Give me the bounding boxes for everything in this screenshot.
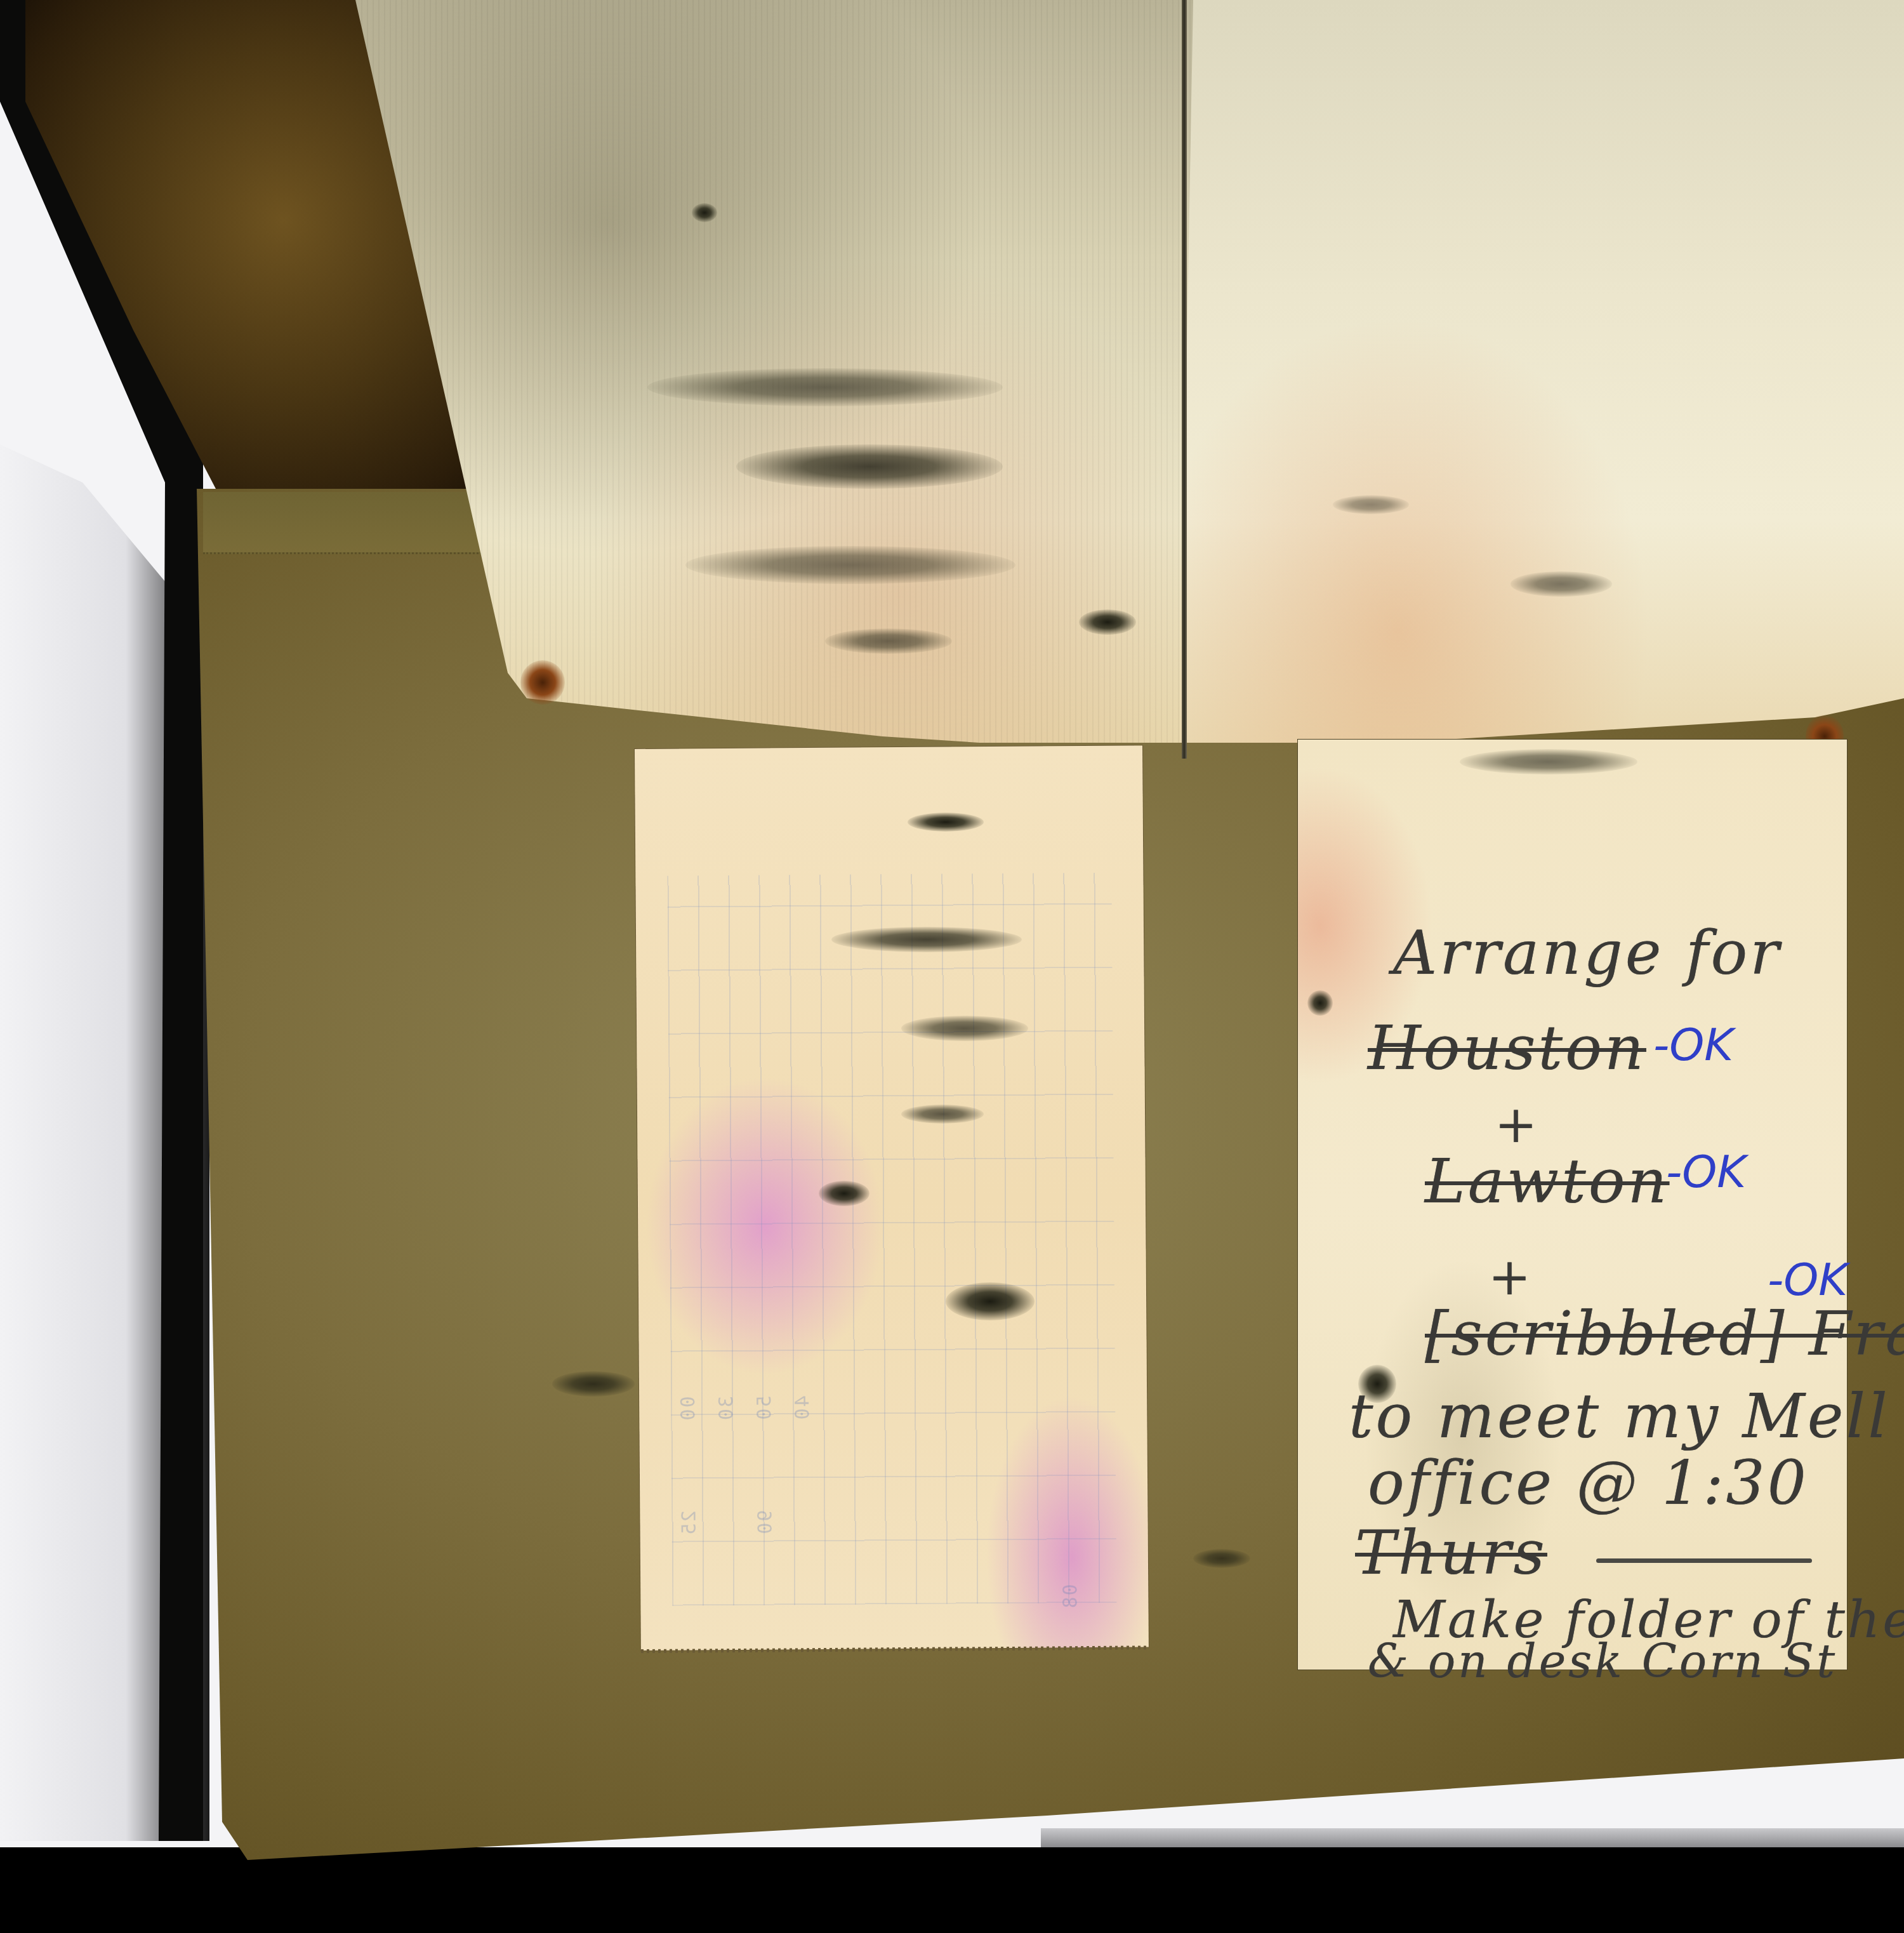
mold-spot xyxy=(552,1371,635,1397)
handwritten-note: Arrange for Houston -OK + Lawton -OK + [… xyxy=(1298,740,1847,1670)
rust-stain xyxy=(520,660,565,705)
upper-page-right xyxy=(1180,0,1904,743)
page-fold-line xyxy=(1182,0,1187,759)
note-line: office @ 1:30 xyxy=(1368,1447,1809,1518)
receipt-slip: 00 30 50 40 25 90 08 xyxy=(635,745,1149,1651)
mold-spot xyxy=(1511,571,1612,597)
ledger-grid xyxy=(667,873,1116,1606)
mold-spot xyxy=(901,1016,1028,1041)
folder-bottom-edge xyxy=(1041,1828,1904,1847)
ok-annotation: -OK xyxy=(1666,1146,1746,1198)
note-line-struck: Houston xyxy=(1368,1013,1646,1084)
note-line: & on desk Corn St xyxy=(1368,1635,1837,1688)
mold-spot xyxy=(819,1181,869,1206)
mold-spot xyxy=(736,444,1003,489)
note-line-struck: Lawton xyxy=(1425,1146,1669,1217)
mold-spot xyxy=(647,368,1003,406)
bleed-through-text: 50 xyxy=(753,1395,776,1421)
bleed-through-text: 25 xyxy=(678,1510,700,1536)
mold-spot xyxy=(1358,1365,1396,1403)
mold-spot xyxy=(1193,1549,1250,1568)
ok-annotation: -OK xyxy=(1768,1254,1848,1306)
note-line-struck: Thurs xyxy=(1355,1517,1547,1588)
note-line: Arrange for xyxy=(1393,917,1782,988)
bleed-through-text: 08 xyxy=(1059,1584,1081,1609)
mold-spot xyxy=(908,813,984,832)
mold-spot xyxy=(1307,990,1333,1016)
mold-spot xyxy=(685,546,1015,584)
bleed-through-text: 40 xyxy=(791,1395,814,1421)
bleed-through-text: 30 xyxy=(715,1396,737,1421)
mold-spot xyxy=(901,1105,984,1124)
mold-spot xyxy=(831,927,1022,952)
bleed-through-text: 00 xyxy=(677,1396,699,1421)
ok-annotation: -OK xyxy=(1653,1019,1733,1071)
mold-spot xyxy=(692,203,717,222)
note-line-struck: [scribbled] Frame xyxy=(1425,1298,1904,1369)
mold-spot xyxy=(1333,495,1409,514)
mold-spot xyxy=(825,628,952,654)
mold-spot xyxy=(946,1282,1035,1320)
mold-spot xyxy=(1460,749,1637,774)
pencil-rule xyxy=(1596,1558,1812,1563)
bleed-through-text: 90 xyxy=(754,1510,776,1535)
mold-spot xyxy=(1079,609,1136,635)
note-line: to meet my Mell xyxy=(1349,1381,1890,1452)
